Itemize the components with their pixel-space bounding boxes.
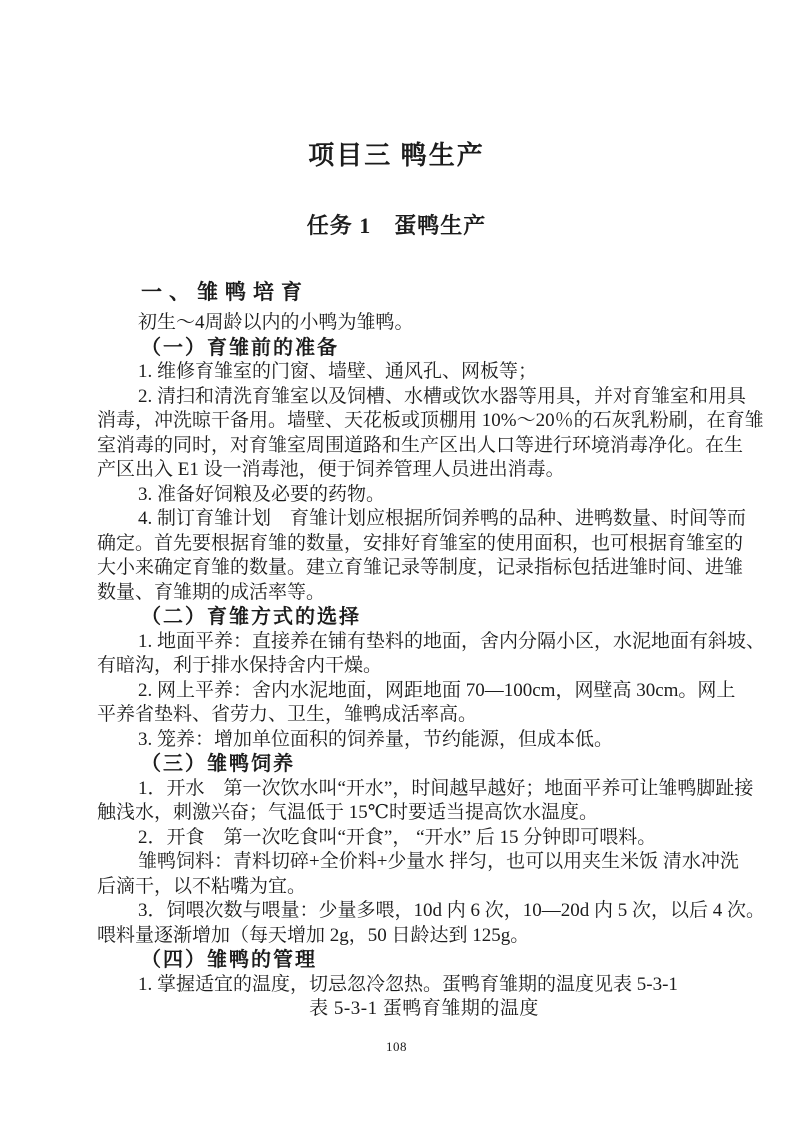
text-line: 喂料量逐渐增加（每天增加 2g，50 日龄达到 125g。	[97, 924, 715, 949]
text-line: 大小来确定育雏的数量。建立育雏记录等制度，记录指标包括进雏时间、进雏	[97, 556, 715, 581]
text-line: 3. 准备好饲粮及必要的药物。	[97, 483, 715, 508]
document-body: 初生～4周龄以内的小鸭为雏鸭。（一）育雏前的准备1. 维修育雏室的门窗、墙壁、通…	[97, 311, 715, 1022]
section-heading-1: 一、雏鸭培育	[141, 276, 309, 306]
page-number: 108	[0, 1039, 793, 1055]
section-heading: （一）育雏前的准备	[97, 336, 715, 361]
text-line: 室消毒的同时，对育雏室周围道路和生产区出人口等进行环境消毒净化。在生	[97, 434, 715, 459]
page-title: 项目三 鸭生产	[0, 135, 793, 172]
text-line: 2．开食 第一次吃食叫“开食”， “开水” 后 15 分钟即可喂料。	[97, 826, 715, 851]
text-line: 4. 制订育雏计划 育雏计划应根据所饲养鸭的品种、进鸭数量、时间等而	[97, 507, 715, 532]
section-heading: （四）雏鸭的管理	[97, 948, 715, 973]
text-line: 2. 网上平养：舍内水泥地面，网距地面 70—100cm，网壁高 30cm。网上	[97, 679, 715, 704]
text-line: 1. 维修育雏室的门窗、墙壁、通风孔、网板等；	[97, 360, 715, 385]
text-line: 触浅水，刺激兴奋；气温低于 15℃时要适当提高饮水温度。	[97, 801, 715, 826]
text-line: 1. 掌握适宜的温度，切忌忽冷忽热。蛋鸭育雏期的温度见表 5-3-1	[97, 973, 715, 998]
text-line: 3. 笼养：增加单位面积的饲养量，节约能源，但成本低。	[97, 728, 715, 753]
text-line: 有暗沟，利于排水保持舍内干燥。	[97, 654, 715, 679]
text-line: 雏鸭饲料：青料切碎+全价料+少量水 拌匀，也可以用夹生米饭 清水冲洗	[97, 850, 715, 875]
section-heading: （三）雏鸭饲养	[97, 752, 715, 777]
section-heading: （二）育雏方式的选择	[97, 605, 715, 630]
document-page: 项目三 鸭生产 任务 1 蛋鸭生产 一、雏鸭培育 初生～4周龄以内的小鸭为雏鸭。…	[0, 0, 793, 1122]
text-line: 1. 地面平养：直接养在铺有垫料的地面，舍内分隔小区，水泥地面有斜坡、	[97, 630, 715, 655]
text-line: 产区出入 E1 设一消毒池，便于饲养管理人员进出消毒。	[97, 458, 715, 483]
text-line: 2. 清扫和清洗育雏室以及饲槽、水槽或饮水器等用具，并对育雏室和用具	[97, 385, 715, 410]
text-line: 平养省垫料、省劳力、卫生，雏鸭成活率高。	[97, 703, 715, 728]
table-caption: 表 5-3-1 蛋鸭育雏期的温度	[97, 997, 715, 1022]
text-line: 初生～4周龄以内的小鸭为雏鸭。	[97, 311, 715, 336]
text-line: 消毒，冲洗晾干备用。墙壁、天花板或顶棚用 10%～20％的石灰乳粉刷，在育雏	[97, 409, 715, 434]
text-line: 后滴干，以不粘嘴为宜。	[97, 875, 715, 900]
text-line: 确定。首先要根据育雏的数量，安排好育雏室的使用面积，也可根据育雏室的	[97, 532, 715, 557]
text-line: 数量、育雏期的成活率等。	[97, 581, 715, 606]
text-line: 1．开水 第一次饮水叫“开水”，时间越早越好；地面平养可让雏鸭脚趾接	[97, 777, 715, 802]
task-title: 任务 1 蛋鸭生产	[0, 209, 793, 240]
text-line: 3．饲喂次数与喂量：少量多喂，10d 内 6 次，10—20d 内 5 次，以后…	[97, 899, 715, 924]
